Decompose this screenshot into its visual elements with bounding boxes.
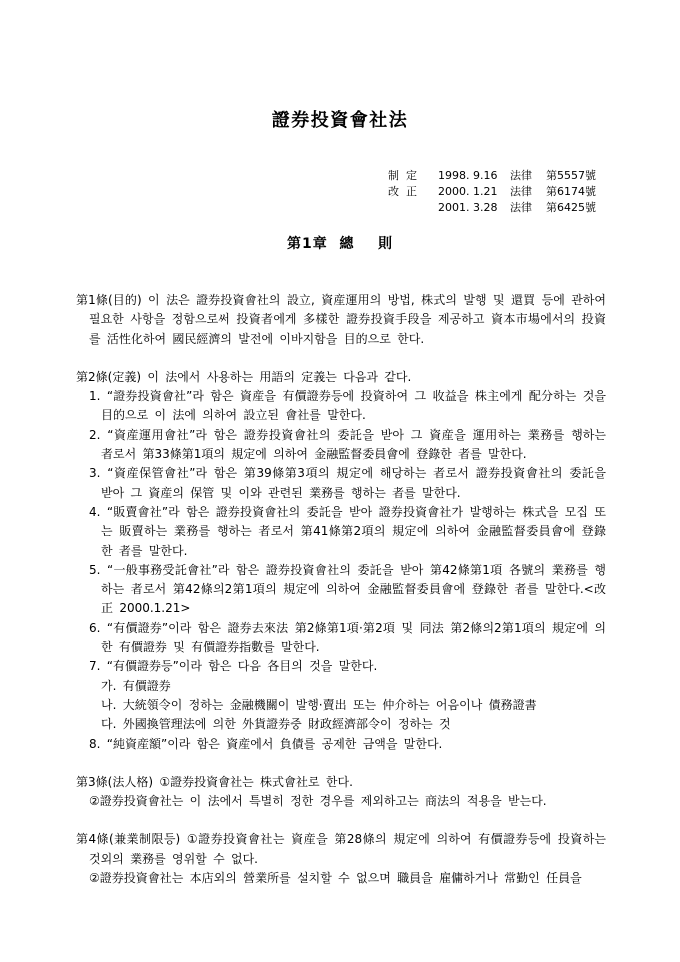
history-action-label xyxy=(388,200,438,216)
article-2-item-7-sub-da: 다. 外國換管理法에 의한 外貨證券중 財政經濟部令이 정하는 것 xyxy=(101,715,606,734)
article-4-clause-2: ②證券投資會社는 本店외의 營業所를 설치할 수 없으며 職員을 雇傭하거나 常… xyxy=(89,869,606,888)
article-2-item-1: 1. “證券投資會社”라 함은 資産을 有價證券등에 投資하여 그 收益을 株主… xyxy=(89,387,606,426)
history-law-type: 法律 xyxy=(502,168,546,184)
article-2-item-2: 2. “資産運用會社”라 함은 證券投資會社의 委託을 받아 그 資産을 運用하… xyxy=(89,426,606,465)
history-action-label: 制 定 xyxy=(388,168,438,184)
document-body: 第1條(目的) 이 法은 證券投資會社의 設立, 資産運用의 방법, 株式의 발… xyxy=(76,291,606,888)
history-law-number: 第5557號 xyxy=(546,168,600,184)
history-law-type: 法律 xyxy=(502,200,546,216)
article-2-item-4: 4. “販賣會社”라 함은 證券投資會社의 委託을 받아 證券投資會社가 발행하… xyxy=(89,503,606,561)
history-row: 2001. 3.28 法律 第6425號 xyxy=(388,200,600,216)
article-4: 第4條(兼業制限등) ①證券投資會社는 資産을 第28條의 規定에 의하여 有價… xyxy=(76,830,606,869)
article-3: 第3條(法人格) ①證券投資會社는 株式會社로 한다. xyxy=(76,773,606,792)
history-law-type: 法律 xyxy=(502,184,546,200)
article-2-item-5: 5. “一般事務受託會社”라 함은 證券投資會社의 委託을 받아 第42條第1項… xyxy=(89,561,606,619)
history-row: 改 正 2000. 1.21 法律 第6174號 xyxy=(388,184,600,200)
article-2: 第2條(定義) 이 法에서 사용하는 用語의 定義는 다음과 같다. xyxy=(76,368,606,387)
chapter-heading: 第1章 總 則 xyxy=(0,233,680,253)
article-1: 第1條(目的) 이 法은 證券投資會社의 設立, 資産運用의 방법, 株式의 발… xyxy=(76,291,606,349)
history-law-number: 第6174號 xyxy=(546,184,600,200)
history-row: 制 定 1998. 9.16 法律 第5557號 xyxy=(388,168,600,184)
article-2-item-7-sub-ga: 가. 有價證券 xyxy=(101,677,606,696)
article-2-item-3: 3. “資産保管會社”라 함은 第39條第3項의 規定에 해당하는 者로서 證券… xyxy=(89,464,606,503)
history-action-label: 改 正 xyxy=(388,184,438,200)
article-3-clause-2: ②證券投資會社는 이 法에서 특별히 정한 경우를 제외하고는 商法의 적용을 … xyxy=(89,792,606,811)
history-law-number: 第6425號 xyxy=(546,200,600,216)
enactment-history: 制 定 1998. 9.16 法律 第5557號 改 正 2000. 1.21 … xyxy=(0,168,680,216)
history-date: 2000. 1.21 xyxy=(438,184,502,200)
article-2-item-7-sub-na: 나. 大統領令이 정하는 金融機關이 발행·賣出 또는 仲介하는 어음이나 債務… xyxy=(101,696,606,715)
document-title: 證券投資會社法 xyxy=(0,0,680,132)
history-date: 2001. 3.28 xyxy=(438,200,502,216)
document-page: 證券投資會社法 制 定 1998. 9.16 法律 第5557號 改 正 200… xyxy=(0,0,680,962)
article-2-item-8: 8. “純資産額”이라 함은 資産에서 負債를 공제한 금액을 말한다. xyxy=(89,735,606,754)
article-2-item-7: 7. “有價證券등”이라 함은 다음 各目의 것을 말한다. xyxy=(89,657,606,676)
history-date: 1998. 9.16 xyxy=(438,168,502,184)
article-2-item-6: 6. “有價證券”이라 함은 證券去來法 第2條第1項·第2項 및 同法 第2條… xyxy=(89,619,606,658)
